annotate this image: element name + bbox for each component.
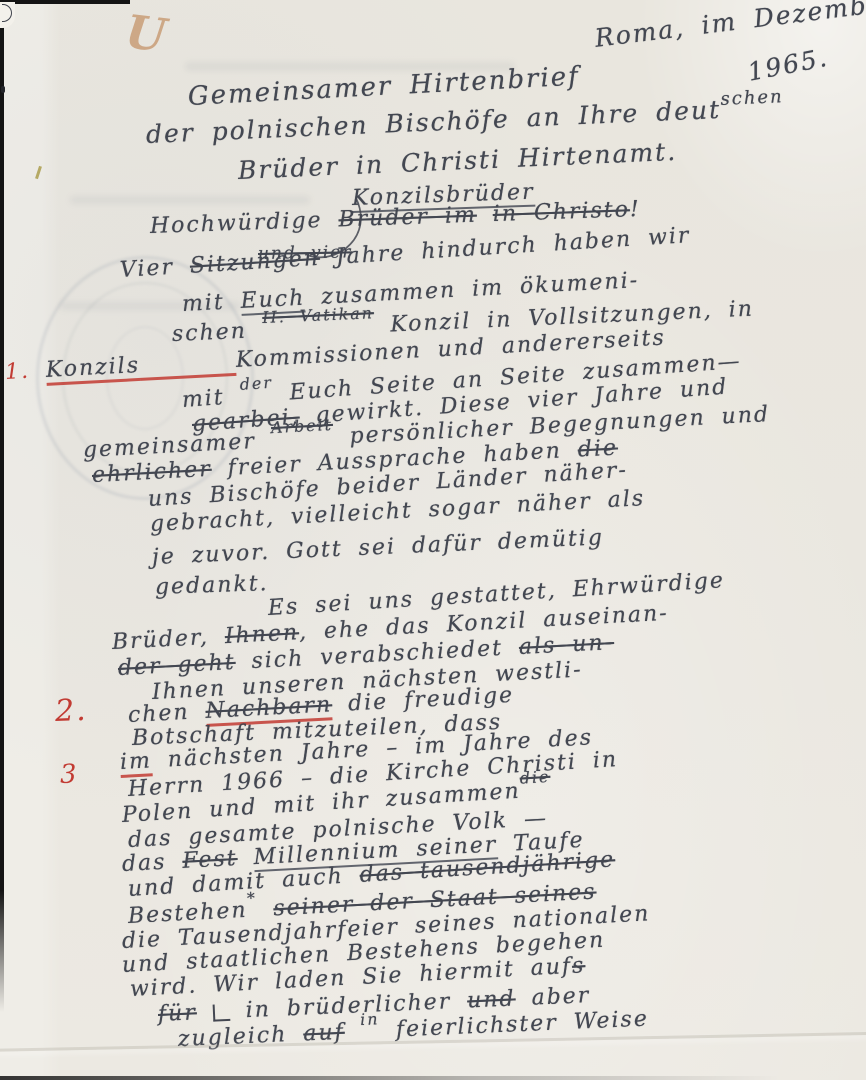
olive-mark — [35, 166, 42, 179]
handwriting-segment: aber — [515, 983, 591, 1011]
handwriting-segment — [257, 896, 274, 922]
handwriting-segment: * — [246, 888, 257, 907]
handwriting-segment: gedankt. — [155, 571, 269, 600]
handwriting-segment: Ihnen — [224, 620, 299, 649]
handwriting-segment: das — [121, 849, 183, 877]
handwriting-segment: II. Vatikan — [262, 303, 374, 327]
handwriting-segment: schen — [720, 86, 784, 110]
handwriting-segment: Arbeit — [271, 415, 334, 437]
edge-speck — [1, 86, 5, 93]
handwriting-segment: ! — [629, 197, 641, 222]
handwriting-segment: 1965. — [745, 43, 831, 87]
insertion-caret-curve — [300, 190, 396, 262]
margin-number-2: 2. — [54, 693, 88, 729]
body-line: gedankt. — [155, 571, 269, 600]
handwriting-segment: Brüder in Christi Hirtenamt. — [237, 137, 677, 185]
handwriting-segment — [237, 845, 254, 871]
handwriting-segment: die — [519, 767, 551, 788]
margin-number-3: 3 — [59, 759, 79, 790]
handwriting-segment: 3 — [59, 759, 79, 790]
handwriting-segment: Konzils — [45, 353, 141, 386]
scan-edge-left — [0, 0, 4, 1012]
handwriting-segment: der — [239, 373, 273, 394]
handwriting-segment: in Christo — [492, 197, 630, 227]
handwriting-segment: 2. — [54, 693, 88, 729]
handwriting-segment: Fest — [182, 846, 238, 874]
handwriting-segment: als un- — [518, 630, 614, 660]
u-mark: U — [123, 4, 171, 63]
dateline-year: 1965. — [745, 43, 831, 87]
handwriting-segment: 1. — [4, 358, 46, 385]
handwriting-segment: im — [119, 748, 152, 778]
handwriting-segment: Vier — [119, 254, 190, 283]
title-line-3: Brüder in Christi Hirtenamt. — [237, 137, 677, 185]
handwriting-segment: mit — [181, 289, 241, 317]
handwriting-segment — [476, 202, 493, 228]
scan-edge-bottom — [0, 1076, 866, 1080]
handwriting-segment: in — [360, 1009, 380, 1029]
handwriting-segment: s — [571, 953, 586, 979]
manuscript-page: Roma, im Dezember1965.UGemeinsamer Hirte… — [0, 0, 866, 1080]
handwriting-segment: für — [157, 1000, 197, 1027]
bleedthrough-smudge — [70, 196, 310, 204]
handwriting-segment — [139, 348, 236, 381]
scan-edge-top — [0, 0, 130, 4]
handwriting-segment: und — [467, 986, 516, 1013]
handwriting-segment: schen — [171, 318, 263, 347]
handwriting-segment: U — [123, 4, 171, 63]
handwriting-segment — [196, 1000, 213, 1026]
handwriting-segment — [212, 1004, 230, 1022]
